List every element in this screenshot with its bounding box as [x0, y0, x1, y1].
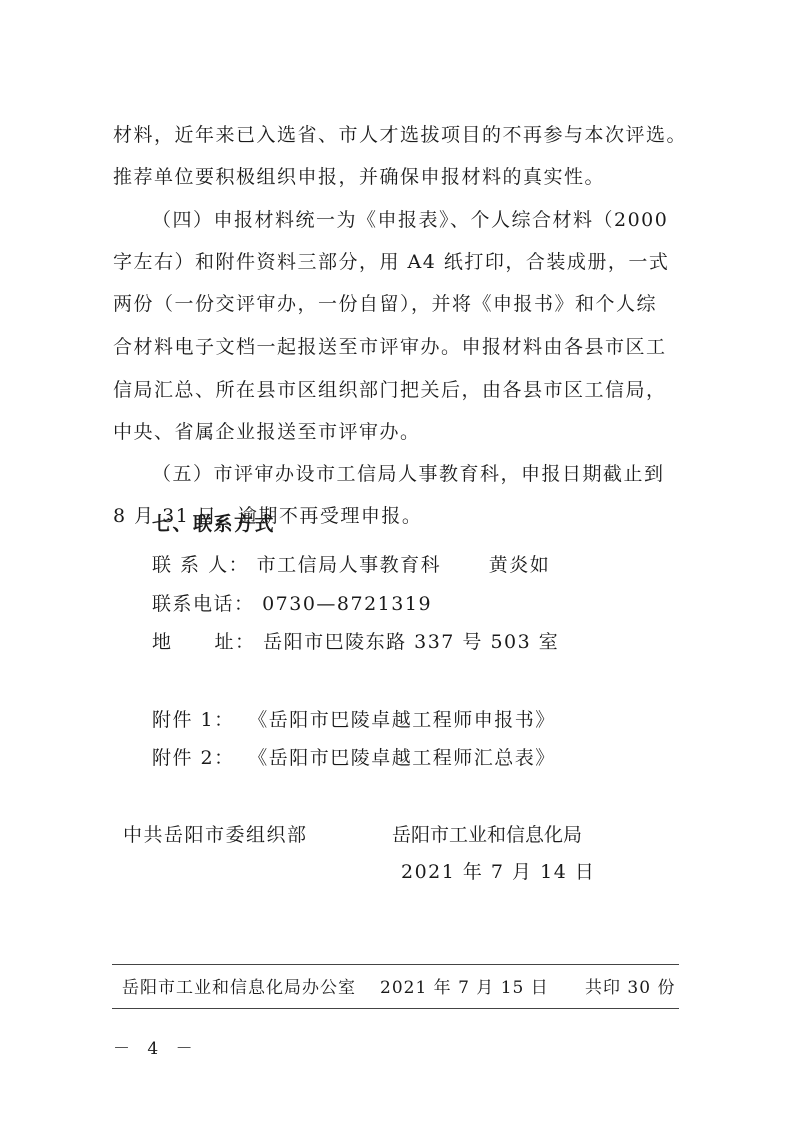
body-line: 材料，近年来已入选省、市人才选拔项目的不再参与本次评选。 — [113, 123, 687, 147]
footer-bottom-rule — [112, 1008, 679, 1009]
contact-label: 联 系 人： — [152, 554, 249, 576]
body-line: （五）市评审办设市工信局人事教育科，申报日期截止到 — [152, 462, 665, 486]
attachment-2: 附件 2： 《岳阳市巴陵卓越工程师汇总表》 — [152, 746, 556, 770]
body-line: （四）申报材料统一为《申报表》、个人综合材料（2000 — [152, 208, 668, 232]
phone-label: 联系电话： — [152, 593, 255, 615]
contact-value: 市工信局人事教育科 — [257, 554, 442, 576]
page-number: － 4 － — [113, 1034, 199, 1059]
body-line: 中央、省属企业报送至市评审办。 — [113, 420, 421, 444]
contact-name: 黄炎如 — [489, 554, 551, 576]
footer-print-date: 2021 年 7 月 15 日 — [380, 977, 549, 999]
phone-value: 0730—8721319 — [262, 593, 432, 615]
signature-org-right: 岳阳市工业和信息化局 — [392, 823, 582, 847]
body-line: 字左右）和附件资料三部分，用 A4 纸打印，合装成册，一式 — [113, 250, 669, 274]
contact-person-row: 联 系 人： 市工信局人事教育科 黄炎如 — [152, 553, 550, 577]
address-label: 地 — [152, 631, 173, 653]
body-line: 信局汇总、所在县市区组织部门把关后，由各县市区工信局， — [113, 378, 667, 402]
body-line: 两份（一份交评审办，一份自留），并将《申报书》和个人综 — [113, 292, 657, 316]
footer-issuer: 岳阳市工业和信息化局办公室 — [122, 977, 356, 999]
signature-org-left: 中共岳阳市委组织部 — [123, 823, 308, 847]
body-line: 合材料电子文档一起报送至市评审办。申报材料由各县市区工 — [113, 335, 667, 359]
address-label: 址： — [215, 631, 256, 653]
footer-copies: 共印 30 份 — [585, 977, 675, 999]
body-line: 推荐单位要积极组织申报，并确保申报材料的真实性。 — [113, 165, 605, 189]
attachment-title: 《岳阳市巴陵卓越工程师申报书》 — [248, 709, 556, 731]
phone-row: 联系电话： 0730—8721319 — [152, 592, 432, 616]
attachment-label: 附件 1： — [152, 709, 235, 731]
footer-top-rule — [112, 964, 679, 965]
signature-date: 2021 年 7 月 14 日 — [401, 860, 595, 884]
section-heading: 七、联系方式 — [152, 512, 275, 536]
attachment-1: 附件 1： 《岳阳市巴陵卓越工程师申报书》 — [152, 708, 556, 732]
address-value: 岳阳市巴陵东路 337 号 503 室 — [263, 631, 559, 653]
attachment-label: 附件 2： — [152, 747, 235, 769]
address-row: 地址： 岳阳市巴陵东路 337 号 503 室 — [152, 630, 559, 654]
attachment-title: 《岳阳市巴陵卓越工程师汇总表》 — [248, 747, 556, 769]
